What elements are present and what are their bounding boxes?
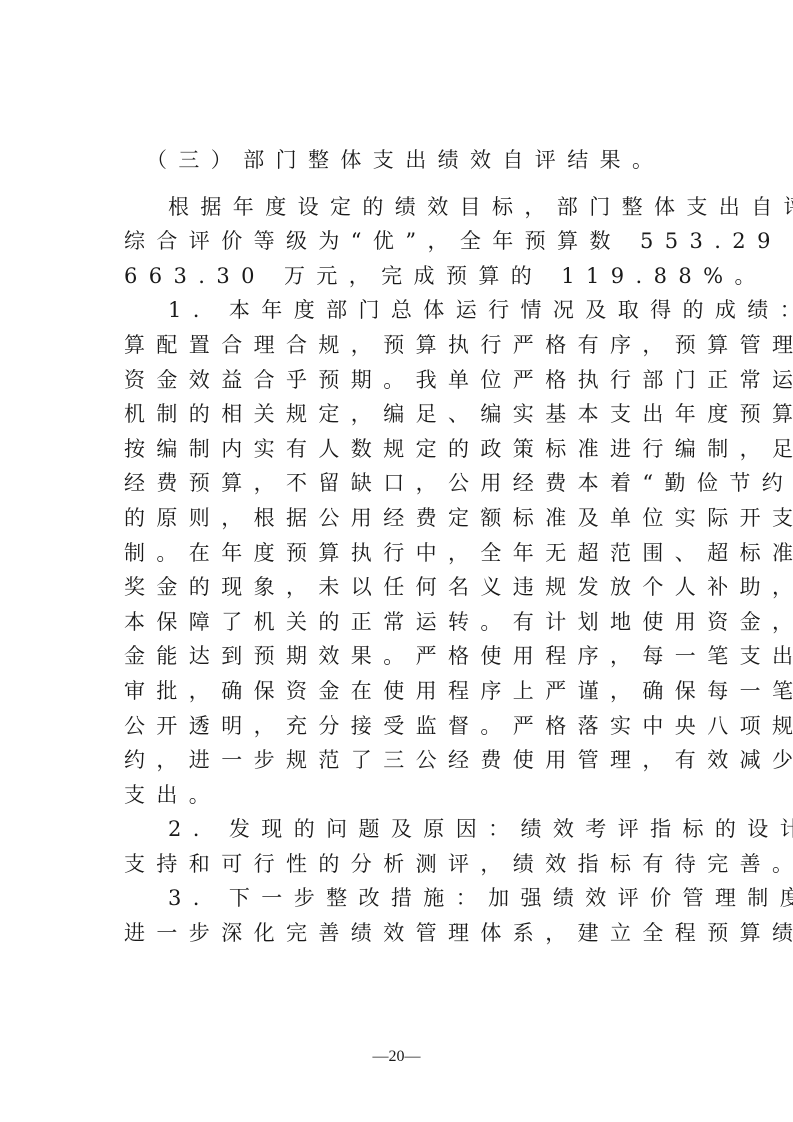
text-line: 1. 本年度部门总体运行情况及取得的成绩：财政资金预 <box>124 293 694 328</box>
text-line: 按编制内实有人数规定的政策标准进行编制，足额编制人员 <box>124 432 694 467</box>
text-line: 支持和可行性的分析测评，绩效指标有待完善。 <box>124 847 694 882</box>
text-line: 3. 下一步整改措施：加强绩效评价管理制度和流程建设， <box>124 881 694 916</box>
text-line: 公开透明，充分接受监督。严格落实中央八项规定，厉行节 <box>124 709 694 744</box>
text-line: 奖金的现象，未以任何名义违规发放个人补助，全年支出基 <box>124 570 694 605</box>
text-line: 根据年度设定的绩效目标，部门整体支出自评得分 98， <box>124 190 694 225</box>
text-line: 算配置合理合规，预算执行严格有序，预算管理规范可控， <box>124 328 694 363</box>
section-heading: （三）部门整体支出绩效自评结果。 <box>124 143 694 178</box>
paragraph-problems: 2. 发现的问题及原因：绩效考评指标的设计上缺乏数据 支持和可行性的分析测评，绩… <box>124 812 694 881</box>
text-line: 2. 发现的问题及原因：绩效考评指标的设计上缺乏数据 <box>124 812 694 847</box>
text-line: 663.30 万元，完成预算的 119.88%。 <box>124 259 694 294</box>
text-line: 的原则，根据公用经费定额标准及单位实际开支水平足额编 <box>124 501 694 536</box>
page-number: —20— <box>0 1048 793 1066</box>
text-line: 综合评价等级为“优”，全年预算数 553.29 万元，执行数 <box>124 224 694 259</box>
text-line: 机制的相关规定，编足、编实基本支出年度预算，人员经费 <box>124 397 694 432</box>
paragraph-summary: 根据年度设定的绩效目标，部门整体支出自评得分 98， 综合评价等级为“优”，全年… <box>124 190 694 294</box>
paragraph-next-steps: 3. 下一步整改措施：加强绩效评价管理制度和流程建设， 进一步深化完善绩效管理体… <box>124 881 694 950</box>
paragraph-achievements: 1. 本年度部门总体运行情况及取得的成绩：财政资金预 算配置合理合规，预算执行严… <box>124 293 694 812</box>
text-line: 进一步深化完善绩效管理体系，建立全程预算绩效管理机制， <box>124 916 694 951</box>
text-line: 支出。 <box>124 778 694 813</box>
text-line: 本保障了机关的正常运转。有计划地使用资金，确保项目资 <box>124 605 694 640</box>
document-body: （三）部门整体支出绩效自评结果。 根据年度设定的绩效目标，部门整体支出自评得分 … <box>124 143 694 951</box>
text-line: 金能达到预期效果。严格使用程序，每一笔支出由领导进行 <box>124 639 694 674</box>
text-line: 审批，确保资金在使用程序上严谨，确保每一笔资金的支付 <box>124 674 694 709</box>
text-line: 资金效益合乎预期。我单位严格执行部门正常运行经费保障 <box>124 363 694 398</box>
text-line: 约，进一步规范了三公经费使用管理，有效减少了三公经费 <box>124 743 694 778</box>
text-line: 经费预算，不留缺口，公用经费本着“勤俭节约、保障运转” <box>124 466 694 501</box>
text-line: 制。在年度预算执行中，全年无超范围、超标准发放津补贴、 <box>124 536 694 571</box>
